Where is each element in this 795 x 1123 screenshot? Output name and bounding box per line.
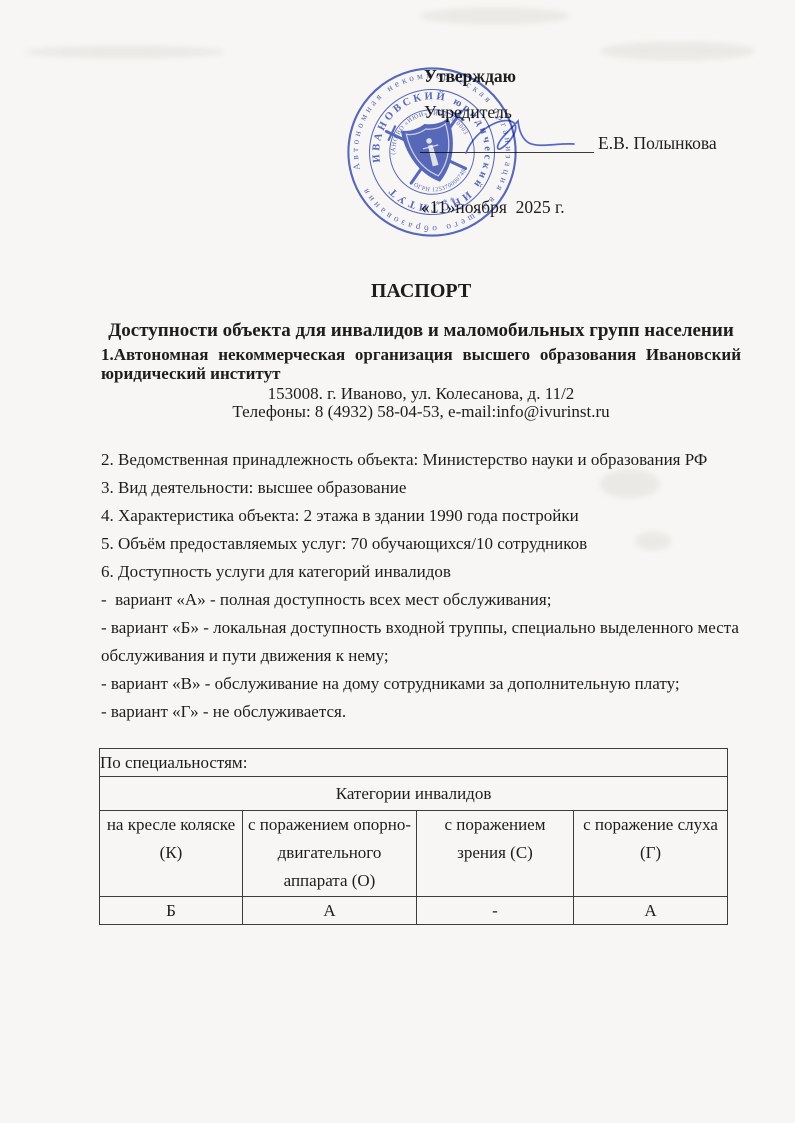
column-header-wheelchair: на кресле коляске (К) [100, 811, 243, 897]
scan-smudge [600, 42, 755, 60]
table-caption: По специальностям: [100, 749, 728, 777]
scan-smudge [25, 46, 225, 58]
list-item: 3. Вид деятельности: высшее образование [101, 474, 741, 502]
value-hearing: А [574, 897, 728, 925]
variant-items: - вариант «А» - полная доступность всех … [101, 586, 741, 726]
table-row: По специальностям: [100, 749, 728, 777]
value-wheelchair: Б [100, 897, 243, 925]
document-page: Утверждаю Учредитель Е.В. Полынкова «11»… [0, 0, 795, 1123]
table-row: Категории инвалидов [100, 777, 728, 811]
list-item: 4. Характеристика объекта: 2 этажа в зда… [101, 502, 741, 530]
value-musculoskeletal: А [243, 897, 417, 925]
list-item: 5. Объём предоставляемых услуг: 70 обуча… [101, 530, 741, 558]
value-vision: - [417, 897, 574, 925]
signatory-name: Е.В. Полынкова [598, 133, 717, 154]
org-address: 153008. г. Иваново, ул. Колесанова, д. 1… [101, 385, 741, 403]
org-contacts: Телефоны: 8 (4932) 58-04-53, e-mail:info… [101, 403, 741, 421]
shield-emblem-icon [400, 118, 464, 189]
document-body: ПАСПОРТ Доступности объекта для инвалидо… [101, 280, 741, 925]
doc-subtitle: Доступности объекта для инвалидов и мало… [101, 320, 741, 342]
variant-item: - вариант «Б» - локальная доступность вх… [101, 614, 741, 670]
column-header-vision: с поражением зрения (С) [417, 811, 574, 897]
table-group-header: Категории инвалидов [100, 777, 728, 811]
table-row: Б А - А [100, 897, 728, 925]
variant-item: - вариант «А» - полная доступность всех … [101, 586, 741, 614]
variant-item: - вариант «Г» - не обслуживается. [101, 698, 741, 726]
scan-smudge [420, 8, 570, 24]
column-header-musculoskeletal: с поражением опорно-двигательного аппара… [243, 811, 417, 897]
table-row: на кресле коляске (К) с поражением опорн… [100, 811, 728, 897]
list-item: 2. Ведомственная принадлежность объекта:… [101, 446, 741, 474]
doc-title: ПАСПОРТ [101, 280, 741, 302]
column-header-hearing: с поражение слуха (Г) [574, 811, 728, 897]
stamp-stars: * * * [435, 195, 457, 211]
specialties-table: По специальностям: Категории инвалидов н… [99, 748, 728, 925]
numbered-items: 2. Ведомственная принадлежность объекта:… [101, 446, 741, 586]
list-item: 6. Доступность услуги для категорий инва… [101, 558, 741, 586]
org-name: 1.Автономная некоммерческая организация … [101, 345, 741, 383]
variant-item: - вариант «В» - обслуживание на дому сот… [101, 670, 741, 698]
